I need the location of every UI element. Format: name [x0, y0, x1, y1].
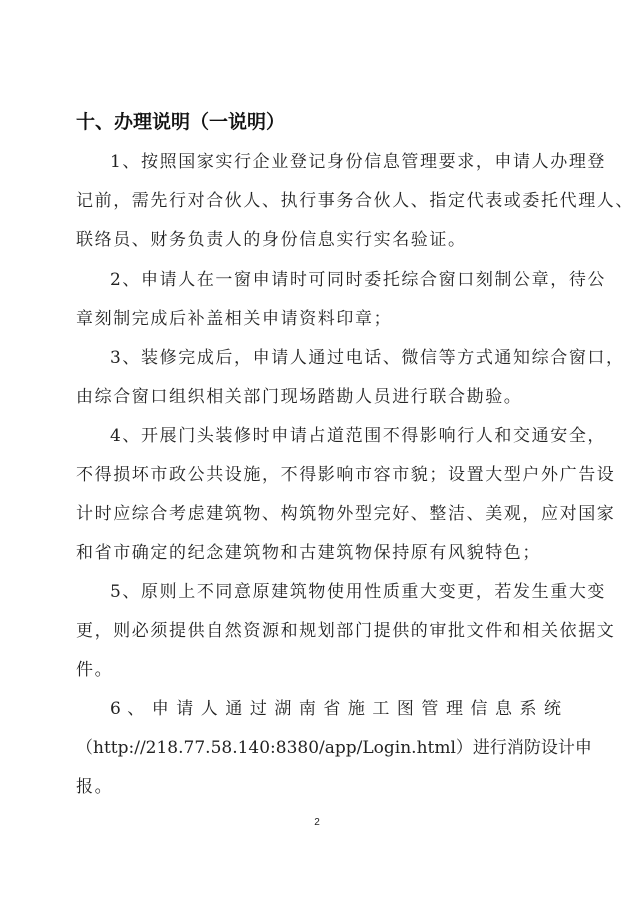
paragraph-4-line-1: 4、开展门头装修时申请占道范围不得影响行人和交通安全， [110, 424, 561, 448]
paragraph-6-line-3: 报。 [76, 775, 561, 799]
section-heading: 十、办理说明（一说明） [76, 108, 285, 136]
paragraph-1-line-2: 记前，需先行对合伙人、执行事务合伙人、指定代表或委托代理人、 [76, 189, 561, 213]
paragraph-2-line-2: 章刻制完成后补盖相关申请资料印章； [76, 307, 561, 331]
paragraph-4-line-2: 不得损坏市政公共设施，不得影响市容市貌；设置大型户外广告设 [76, 463, 561, 487]
paragraph-5-line-3: 件。 [76, 658, 561, 682]
paragraph-3-line-1: 3、装修完成后，申请人通过电话、微信等方式通知综合窗口， [110, 346, 561, 370]
paragraph-5-line-1: 5、原则上不同意原建筑物使用性质重大变更，若发生重大变 [110, 580, 561, 604]
paragraph-1-line-3: 联络员、财务负责人的身份信息实行实名验证。 [76, 228, 561, 252]
paragraph-6-line-1: 6 、 申 请 人 通 过 湖 南 省 施 工 图 管 理 信 息 系 统 [110, 697, 561, 721]
paragraph-5-line-2: 更，则必须提供自然资源和规划部门提供的审批文件和相关依据文 [76, 619, 561, 643]
paragraph-6-line-2-fire-design-url: （http://218.77.58.140:8380/app/Login.htm… [76, 736, 561, 760]
document-page: 十、办理说明（一说明） 1、按照国家实行企业登记身份信息管理要求，申请人办理登 … [0, 0, 634, 898]
paragraph-2-line-1: 2、申请人在一窗申请时可同时委托综合窗口刻制公章，待公 [110, 268, 561, 292]
paragraph-4-line-4: 和省市确定的纪念建筑物和古建筑物保持原有风貌特色； [76, 541, 561, 565]
page-number: 2 [310, 817, 324, 828]
paragraph-3-line-2: 由综合窗口组织相关部门现场踏勘人员进行联合勘验。 [76, 385, 561, 409]
paragraph-4-line-3: 计时应综合考虑建筑物、构筑物外型完好、整洁、美观，应对国家 [76, 502, 561, 526]
paragraph-1-line-1: 1、按照国家实行企业登记身份信息管理要求，申请人办理登 [110, 150, 561, 174]
